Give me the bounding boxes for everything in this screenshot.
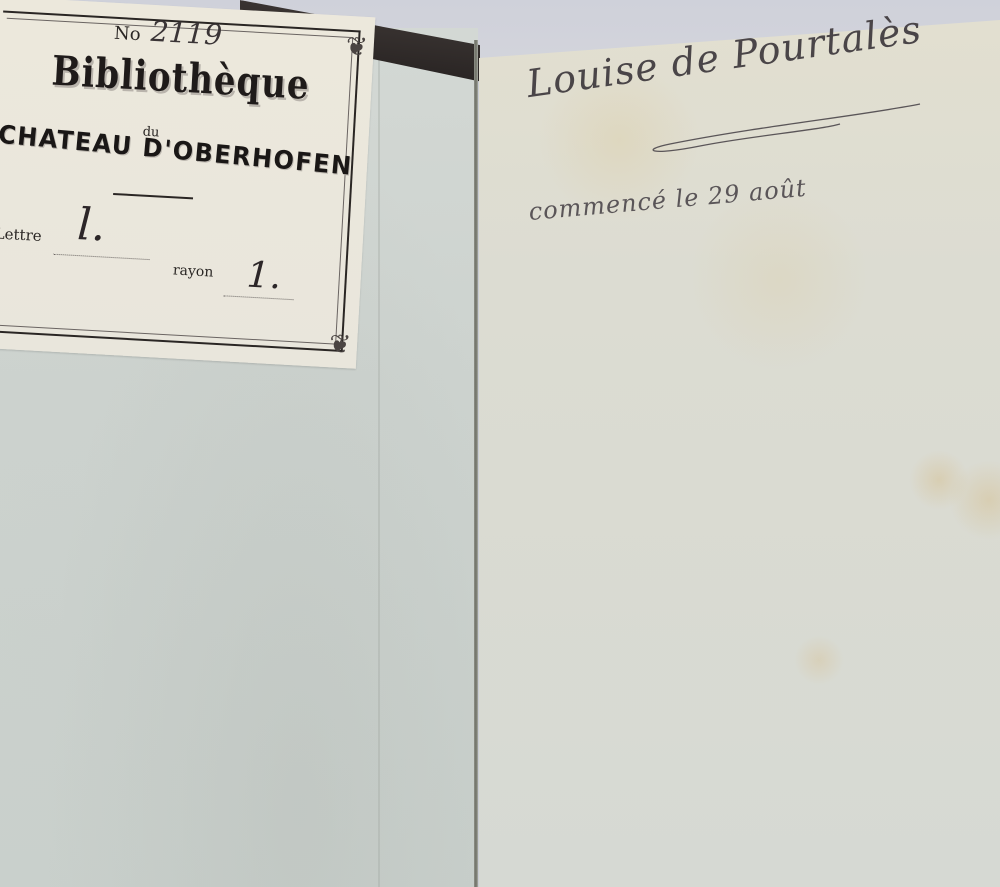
number-value: 2119 bbox=[150, 15, 223, 52]
bookplate: ❦ ❦ ❦ No2119 Bibliothèque du CHATEAU D'O… bbox=[0, 0, 375, 369]
number-label: No bbox=[114, 23, 142, 45]
lettre-label: Lettre bbox=[0, 224, 42, 245]
rayon-value: 1. bbox=[246, 255, 283, 298]
bookplate-number: No2119 bbox=[113, 13, 223, 52]
corner-ornament-icon: ❦ bbox=[341, 32, 373, 64]
rayon-label: rayon bbox=[173, 262, 214, 280]
book-hinge bbox=[474, 40, 478, 887]
lettre-value: l. bbox=[76, 199, 107, 251]
corner-ornament-icon: ❦ bbox=[324, 329, 356, 361]
endpaper-crease bbox=[378, 40, 380, 887]
signature-flourish bbox=[640, 96, 940, 156]
